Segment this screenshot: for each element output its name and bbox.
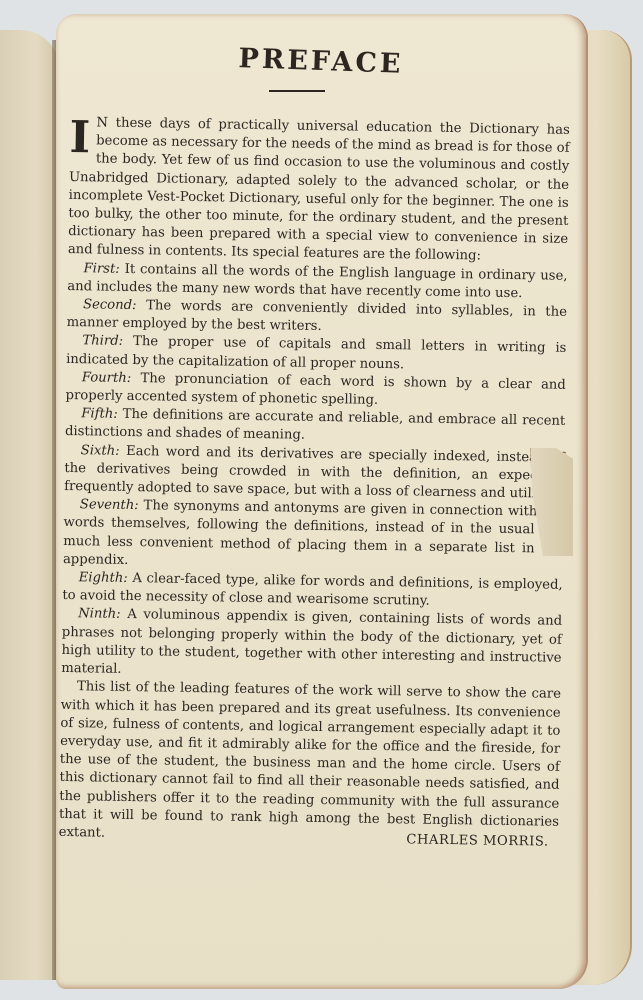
closing-paragraph: This list of the leading features of the… [59,678,562,850]
feature-paragraph: Seventh: The synonyms and antonyms are g… [63,496,564,577]
left-page-edge [0,30,60,980]
intro-paragraph: IN these days of practically universal e… [68,114,570,267]
title-rule [269,90,325,92]
feature-paragraph: Sixth: Each word and its derivatives are… [64,442,565,504]
page-title: PREFACE [56,37,587,86]
preface-body: IN these days of practically universal e… [59,114,570,852]
book-gutter [52,40,56,980]
drop-cap: I [69,118,90,158]
book-page: PREFACE IN these days of practically uni… [56,14,588,989]
feature-paragraph: Ninth: A voluminous appendix is given, c… [61,605,562,686]
